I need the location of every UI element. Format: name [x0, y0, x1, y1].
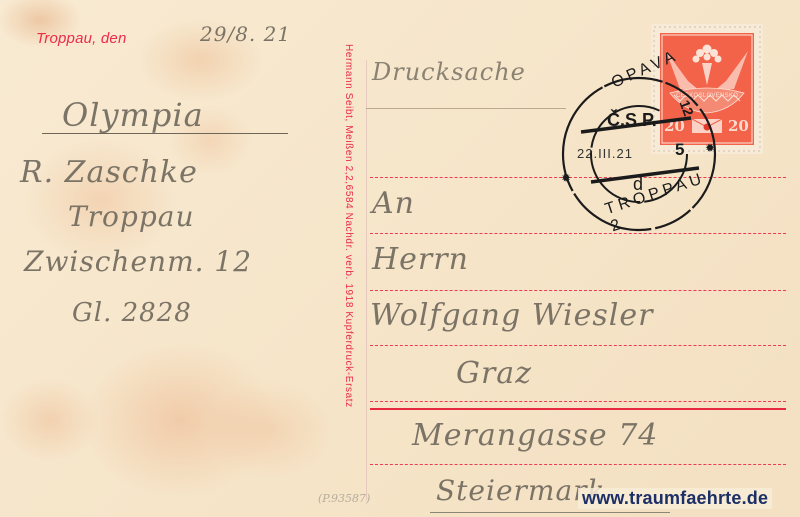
- address-salutation: An: [372, 186, 415, 221]
- printer-imprint: Hermann Seibt, Meißen 2,2,6584 Nachdr. v…: [343, 44, 354, 408]
- sender-line-company: Olympia: [62, 96, 204, 134]
- address-street: Merangasse 74: [412, 418, 658, 453]
- pencil-catalog-note: (P.93587): [318, 492, 370, 505]
- mail-class: Drucksache: [372, 58, 526, 86]
- address-line-rule: [370, 401, 786, 402]
- address-line-rule: [370, 345, 786, 346]
- watermark-link[interactable]: www.traumfaehrte.de: [578, 488, 772, 509]
- stamp-value-right: 20: [728, 117, 749, 135]
- svg-text:✹: ✹: [561, 171, 571, 185]
- center-divider: [366, 60, 367, 500]
- printed-place-label: Troppau, den: [36, 30, 127, 47]
- sender-line-city: Troppau: [68, 200, 195, 233]
- address-city: Graz: [456, 356, 532, 391]
- postcard-back: Troppau, den 29/8. 21 Olympia R. Zaschke…: [0, 0, 800, 517]
- address-line-rule: [370, 290, 786, 291]
- sender-line-name: R. Zaschke: [20, 155, 198, 190]
- address-line-rule: [370, 464, 786, 465]
- handwritten-date: 29/8. 21: [200, 22, 291, 46]
- postmark-time: 5: [675, 140, 684, 160]
- sender-line-phone: Gl. 2828: [72, 298, 192, 328]
- address-recipient-name: Wolfgang Wiesler: [370, 298, 653, 333]
- postmark-service: Č.S.P.: [607, 110, 657, 131]
- underline: [42, 133, 288, 134]
- address-title: Herrn: [372, 242, 469, 277]
- sender-line-street: Zwischenm. 12: [24, 245, 252, 278]
- postmark-date: 22.III.21: [577, 146, 633, 161]
- svg-text:✹: ✹: [705, 141, 715, 155]
- underline: [430, 512, 670, 513]
- address-solid-rule: [370, 408, 786, 410]
- pencil-rule: [366, 108, 566, 109]
- postmark: ✹ ✹ OPAVA Č.S.P. 12 22.III.21 5 d TROPPA…: [551, 74, 727, 234]
